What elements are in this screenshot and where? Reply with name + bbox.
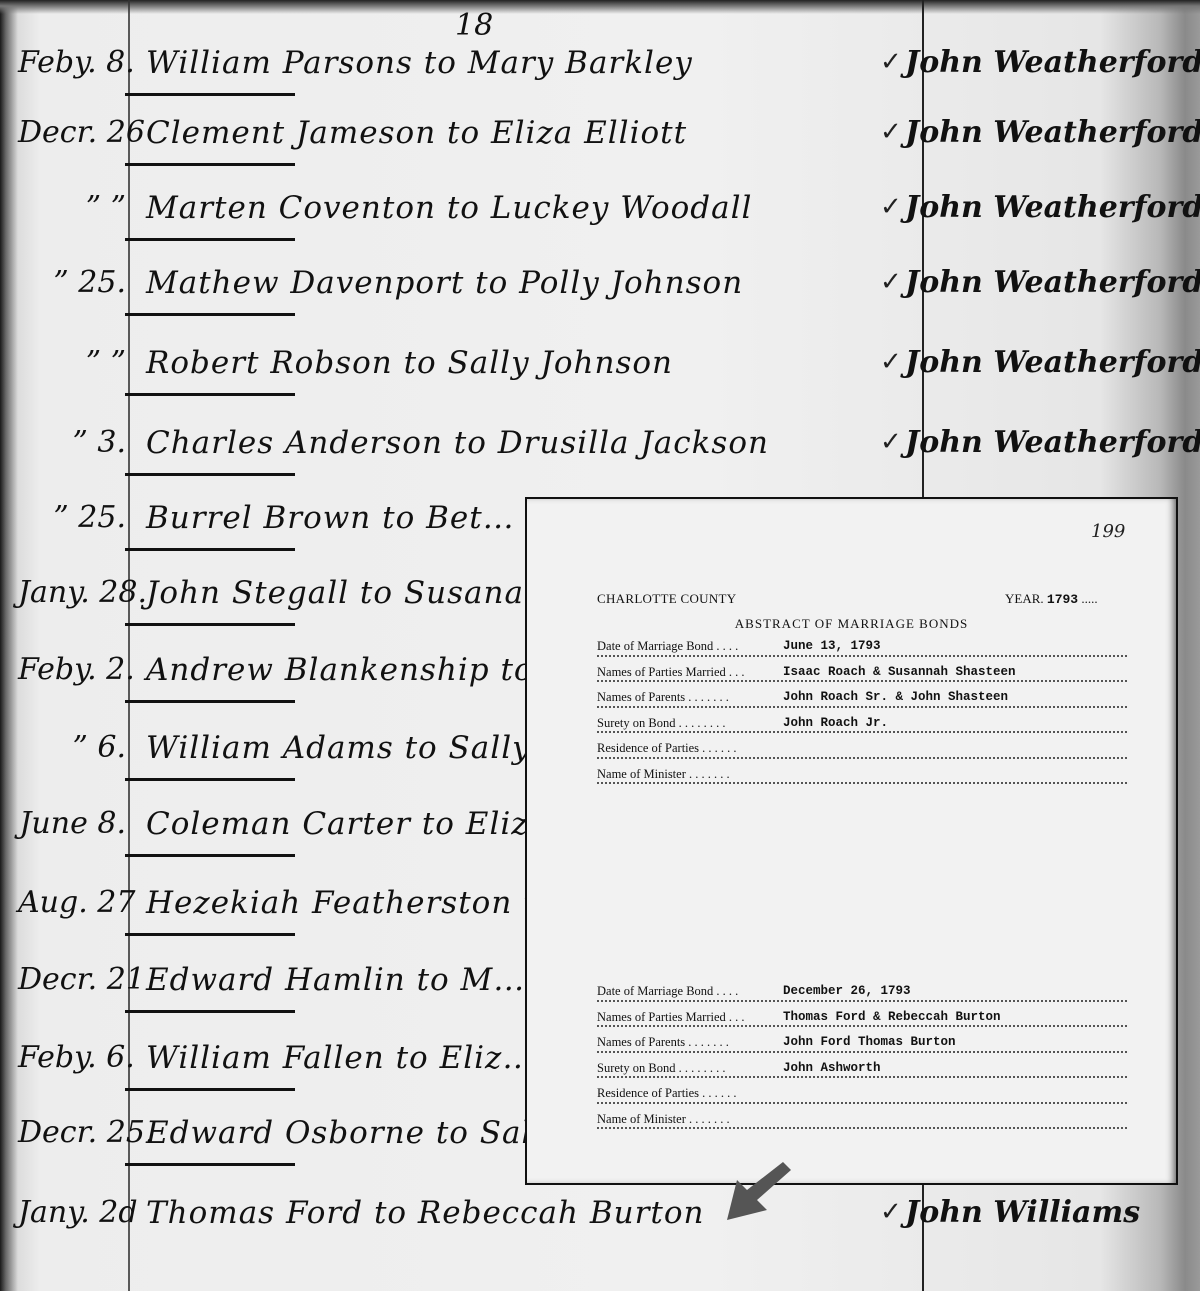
entry-surety: John Weatherford	[905, 45, 1200, 80]
leader-dots	[597, 1102, 1127, 1104]
entry-surety: John Williams	[905, 1195, 1140, 1230]
entry-parties: Clement Jameson to Eliza Elliott	[146, 115, 687, 151]
entry-parties: Burrel Brown to Bet…	[146, 500, 515, 536]
entry-underline	[125, 700, 295, 703]
entry-parties: Marten Coventon to Luckey Woodall	[146, 190, 752, 226]
bond-field-value: John Roach Sr. & John Shasteen	[779, 690, 1012, 704]
scan-edge-shadow	[0, 0, 1200, 14]
bond-field-row: Name of Minister . . . . . . .	[597, 1112, 1127, 1138]
leader-dots	[597, 706, 1127, 708]
entry-date: ” 25.	[18, 500, 126, 535]
bond-field-label: Names of Parties Married . . .	[597, 1010, 751, 1025]
ledger-entry: ” ”Marten Coventon to Luckey Woodall✓Joh…	[0, 190, 1200, 250]
entry-parties: Robert Robson to Sally Johnson	[146, 345, 673, 381]
bond-field-row: Date of Marriage Bond . . . .December 26…	[597, 984, 1127, 1010]
entry-parties: John Stegall to Susanah…	[146, 575, 577, 611]
entry-date: Aug. 27	[18, 885, 126, 920]
bond-field-label: Surety on Bond . . . . . . . .	[597, 716, 731, 731]
entry-underline	[125, 473, 295, 476]
entry-underline	[125, 313, 295, 316]
leader-dots	[597, 655, 1127, 657]
leader-dots	[597, 1127, 1127, 1129]
entry-underline	[125, 1088, 295, 1091]
bond-field-row: Name of Minister . . . . . . .	[597, 767, 1127, 793]
entry-underline	[125, 238, 295, 241]
entry-date: June 8.	[18, 806, 126, 841]
entry-underline	[125, 778, 295, 781]
entry-date: Decr. 26	[18, 115, 126, 150]
county-heading: CHARLOTTE COUNTY	[597, 591, 736, 607]
leader-dots	[597, 1000, 1127, 1002]
entry-date: Decr. 21	[18, 962, 126, 997]
leader-dots	[597, 757, 1127, 759]
entry-underline	[125, 854, 295, 857]
checkmark-icon: ✓	[880, 1197, 902, 1227]
bond-field-value: June 13, 1793	[779, 639, 885, 653]
entry-underline	[125, 933, 295, 936]
entry-underline	[125, 393, 295, 396]
checkmark-icon: ✓	[880, 427, 902, 457]
bond-field-label: Names of Parents . . . . . . .	[597, 690, 735, 705]
checkmark-icon: ✓	[880, 267, 902, 297]
entry-date: Feby. 6.	[18, 1040, 126, 1075]
entry-date: ” 6.	[18, 730, 126, 765]
bond-record-2: Date of Marriage Bond . . . .December 26…	[597, 984, 1127, 1137]
entry-date: Feby. 8.	[18, 45, 126, 80]
ledger-entry: Feby. 8.William Parsons to Mary Barkley✓…	[0, 45, 1200, 105]
entry-parties: William Adams to Sally…	[146, 730, 563, 766]
abstract-card-overlay: 199 CHARLOTTE COUNTY YEAR. 1793 ..... AB…	[525, 497, 1178, 1185]
bond-record-1: Date of Marriage Bond . . . .June 13, 17…	[597, 639, 1127, 792]
abstract-page-number: 199	[1091, 521, 1125, 542]
checkmark-icon: ✓	[880, 117, 902, 147]
ledger-entry: ” 25.Mathew Davenport to Polly Johnson✓J…	[0, 265, 1200, 325]
bond-field-value: December 26, 1793	[779, 984, 915, 998]
bond-field-row: Names of Parents . . . . . . .John Roach…	[597, 690, 1127, 716]
ledger-entry: Decr. 26Clement Jameson to Eliza Elliott…	[0, 115, 1200, 175]
ledger-entry: ” 3.Charles Anderson to Drusilla Jackson…	[0, 425, 1200, 485]
bond-field-value: John Roach Jr.	[779, 716, 892, 730]
entry-surety: John Weatherford	[905, 265, 1200, 300]
entry-surety: John Weatherford	[905, 425, 1200, 460]
entry-surety: John Weatherford	[905, 115, 1200, 150]
entry-surety: John Weatherford	[905, 345, 1200, 380]
bond-field-value: Isaac Roach & Susannah Shasteen	[779, 665, 1020, 679]
bond-field-value: Thomas Ford & Rebeccah Burton	[779, 1010, 1005, 1024]
bond-field-label: Surety on Bond . . . . . . . .	[597, 1061, 731, 1076]
bond-field-label: Residence of Parties . . . . . .	[597, 1086, 743, 1101]
entry-date: Jany. 2d	[18, 1195, 126, 1230]
bond-field-row: Residence of Parties . . . . . .	[597, 741, 1127, 767]
entry-date: Feby. 2.	[18, 652, 126, 687]
leader-dots	[597, 1076, 1127, 1078]
checkmark-icon: ✓	[880, 192, 902, 222]
bond-field-label: Date of Marriage Bond . . . .	[597, 639, 744, 654]
bond-field-label: Name of Minister . . . . . . .	[597, 1112, 736, 1127]
bond-field-row: Names of Parents . . . . . . .John Ford …	[597, 1035, 1127, 1061]
entry-underline	[125, 93, 295, 96]
bond-field-value: John Ashworth	[779, 1061, 885, 1075]
year-label: YEAR.	[1005, 591, 1044, 606]
entry-date: ” 25.	[18, 265, 126, 300]
bond-field-value: John Ford Thomas Burton	[779, 1035, 960, 1049]
entry-date: ” 3.	[18, 425, 126, 460]
entry-surety: John Weatherford	[905, 190, 1200, 225]
entry-parties: William Fallen to Eliz…	[146, 1040, 534, 1076]
bond-field-row: Date of Marriage Bond . . . .June 13, 17…	[597, 639, 1127, 665]
bond-field-label: Residence of Parties . . . . . .	[597, 741, 743, 756]
entry-parties: Mathew Davenport to Polly Johnson	[146, 265, 743, 301]
entry-date: Decr. 25.	[18, 1115, 126, 1150]
bond-field-label: Name of Minister . . . . . . .	[597, 767, 736, 782]
entry-underline	[125, 623, 295, 626]
bond-field-row: Names of Parties Married . . .Thomas For…	[597, 1010, 1127, 1036]
entry-underline	[125, 548, 295, 551]
leader-dots	[597, 782, 1127, 784]
entry-date: ” ”	[18, 190, 126, 225]
ledger-entry: Jany. 2dThomas Ford to Rebeccah Burton✓J…	[0, 1195, 1200, 1255]
bond-field-row: Names of Parties Married . . .Isaac Roac…	[597, 665, 1127, 691]
entry-underline	[125, 1163, 295, 1166]
checkmark-icon: ✓	[880, 347, 902, 377]
entry-underline	[125, 1010, 295, 1013]
entry-underline	[125, 163, 295, 166]
entry-parties: Charles Anderson to Drusilla Jackson	[146, 425, 769, 461]
entry-parties: Thomas Ford to Rebeccah Burton	[146, 1195, 704, 1231]
ledger-page-number: 18	[455, 8, 493, 43]
bond-field-label: Names of Parents . . . . . . .	[597, 1035, 735, 1050]
pointer-arrow-icon	[727, 1160, 791, 1220]
abstract-title: ABSTRACT OF MARRIAGE BONDS	[527, 616, 1176, 632]
leader-dots	[597, 731, 1127, 733]
bond-field-label: Names of Parties Married . . .	[597, 665, 751, 680]
bond-field-row: Surety on Bond . . . . . . . .John Ashwo…	[597, 1061, 1127, 1087]
entry-parties: William Parsons to Mary Barkley	[146, 45, 693, 81]
bond-field-row: Surety on Bond . . . . . . . .John Roach…	[597, 716, 1127, 742]
entry-date: Jany. 28.	[18, 575, 126, 610]
leader-dots	[597, 680, 1127, 682]
bond-field-row: Residence of Parties . . . . . .	[597, 1086, 1127, 1112]
year-heading: YEAR. 1793 .....	[1005, 591, 1098, 607]
year-dots: .....	[1081, 591, 1097, 606]
year-value: 1793	[1047, 592, 1078, 607]
leader-dots	[597, 1025, 1127, 1027]
leader-dots	[597, 1051, 1127, 1053]
entry-parties: Edward Hamlin to M…	[146, 962, 525, 998]
ledger-entry: ” ”Robert Robson to Sally Johnson✓John W…	[0, 345, 1200, 405]
checkmark-icon: ✓	[880, 47, 902, 77]
bond-field-label: Date of Marriage Bond . . . .	[597, 984, 744, 999]
entry-date: ” ”	[18, 345, 126, 380]
